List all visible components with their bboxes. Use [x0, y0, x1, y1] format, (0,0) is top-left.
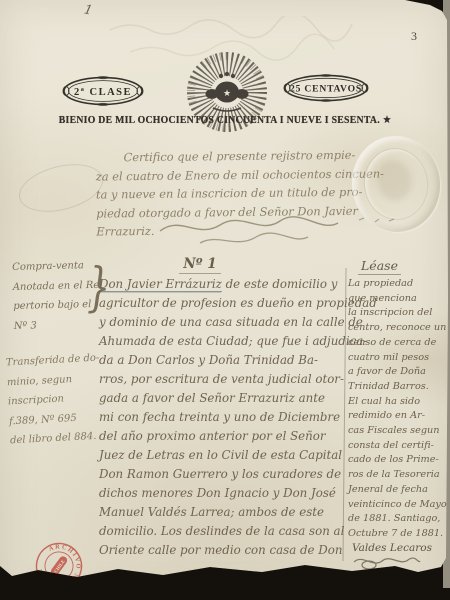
margin-annotation-line: del libro del 884. [10, 427, 103, 451]
lease-line: La propiedad [348, 277, 448, 292]
entry-number-text: Nº 1 [179, 256, 220, 274]
entry-body-line: y dominio de una casa situada en la call… [99, 313, 351, 332]
lease-line: redimido en Ar- [348, 409, 448, 424]
class-badge: 2ª CLASE [62, 76, 144, 106]
document-page: 1 3 2ª CLASE ★ [0, 0, 450, 600]
entry-body-line: dichos menores Don Ignacio y Don José [99, 484, 351, 503]
biennium-line: BIENIO DE MIL OCHOCIENTOS CINCUENTA I NU… [55, 114, 395, 126]
conservator-signature-flourish [152, 211, 352, 251]
margin-annotation-transfer: Transferida de do-minio, seguninscripcio… [6, 349, 103, 451]
class-badge-label: 2ª CLASE [74, 87, 132, 98]
entry-body-line: domicilio. Los deslindes de la casa son … [99, 522, 351, 541]
margin-signature: Valdes Lecaros [348, 542, 448, 554]
stray-pen-mark [118, 578, 134, 592]
entry-number-heading: Nº 1 [160, 256, 240, 272]
lease-line: cas Fiscales segun [348, 424, 448, 439]
shield-star-icon: ★ [223, 89, 231, 99]
lease-line: a favor de Doña [348, 365, 448, 380]
faint-oval-mark [14, 156, 108, 219]
lease-line: cuatro mil pesos [348, 351, 448, 366]
margin-annotation-line: Compra-venta [12, 256, 92, 278]
lease-line: la inscripcion del [348, 306, 448, 321]
entry-body-line: da a Don Carlos y Doña Trinidad Ba- [99, 351, 351, 370]
page-number: 3 [411, 29, 417, 44]
lease-line: Jeneral de fecha [348, 483, 448, 498]
entry-body-line: gada a favor del Señor Errazuriz ante [99, 389, 351, 408]
entry-first-line-rest: de este domicilio y [222, 277, 338, 291]
grantee-name-underlined: Don Javier Errázuriz [99, 277, 222, 292]
scanned-document-frame: 1 3 2ª CLASE ★ [0, 0, 450, 600]
entry-body-line: Oriente calle por medio con casa de Don [99, 541, 351, 560]
certification-line: Certifico que el presente rejistro empie… [96, 145, 386, 167]
lease-lines: La propiedadque mencionala inscripcion d… [348, 277, 448, 542]
lease-line: ros de la Tesoreria [348, 468, 448, 483]
lease-line: centro, reconoce un [348, 321, 448, 336]
entry-body-line: mi con fecha treinta y uno de Diciembre [99, 408, 351, 427]
lease-line: Octubre 7 de 1881. [348, 527, 448, 542]
margin-annotation-line: Nº 3 [14, 314, 94, 336]
entry-body-line: Manuel Valdés Larrea; ambos de este [99, 503, 351, 522]
margin-annotation-line: Anotada en el Re- [13, 275, 93, 297]
archive-stamp: ARCHIVO NACIONAL CHILE [25, 532, 94, 600]
entry-body-line: del año proximo anterior por el Señor [99, 427, 351, 446]
lease-line: El cual ha sido [348, 395, 448, 410]
lease-line: de 1881. Santiago, [348, 512, 448, 527]
stray-ink-marks [355, 212, 405, 226]
margin-note-lease: Léase La propiedadque mencionala inscrip… [348, 258, 448, 574]
lease-line: veinticinco de Mayo [348, 498, 448, 513]
value-badge: 25 CENTAVOS [283, 74, 369, 102]
entry-body-line: Don Ramon Guerrero y los curadores de [99, 465, 351, 484]
folio-corner-mark: 1 [83, 2, 94, 18]
entry-body-line: rros, por escritura de venta judicial ot… [99, 370, 351, 389]
lease-line: censo de cerca de [348, 336, 448, 351]
lease-line: que menciona [348, 292, 448, 307]
lease-heading-text: Léase [358, 258, 401, 275]
lease-line: cado de los Prime- [348, 453, 448, 468]
entry-body-line: agricultor de profesion es dueño en prop… [99, 294, 351, 313]
lease-line: Trinidad Barros. [348, 380, 448, 395]
entry-first-line: Don Javier Errázuriz de este domicilio y [99, 275, 351, 294]
main-entry-body: Don Javier Errázuriz de este domicilio y… [99, 275, 351, 560]
value-badge-label: 25 CENTAVOS [290, 84, 362, 95]
entry-body-lines: agricultor de profesion es dueño en prop… [99, 294, 351, 560]
crest-plume [219, 74, 223, 78]
margin-annotation-line: pertorio bajo el [13, 295, 93, 317]
lease-line: consta del certifi- [348, 439, 448, 454]
lease-heading: Léase [348, 258, 448, 273]
entry-body-line: Ahumada de esta Ciudad; que fue i adjudi… [99, 332, 351, 351]
margin-annotation-compraventa: Compra-ventaAnotada en el Re-pertorio ba… [12, 256, 94, 336]
entry-body-line: Juez de Letras en lo Civil de esta Capit… [99, 446, 351, 465]
signature-rubric-flourish [348, 554, 424, 570]
